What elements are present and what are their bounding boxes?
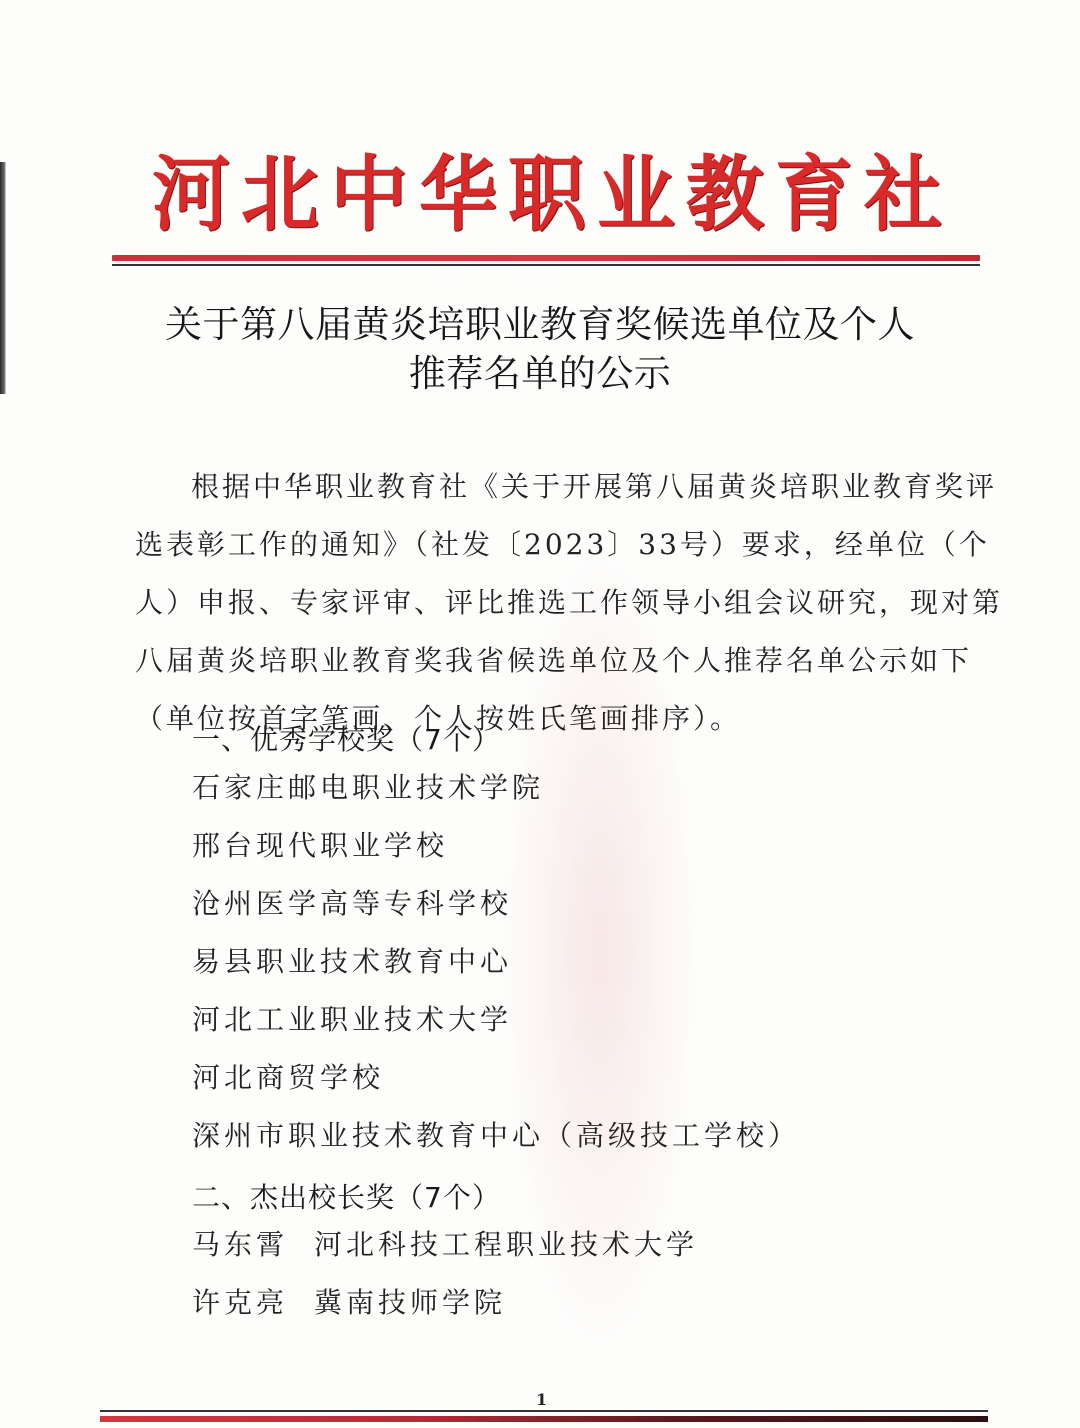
- list-item: 河北工业职业技术大学: [192, 991, 800, 1049]
- intro-paragraph: 根据中华职业教育社《关于开展第八届黄炎培职业教育奖评 选表彰工作的通知》（社发〔…: [135, 458, 950, 748]
- letterhead-red-rule: [112, 255, 980, 261]
- person-school: 河北科技工程职业技术大学: [314, 1228, 698, 1261]
- letterhead-char: 中: [330, 154, 408, 236]
- list-item: 石家庄邮电职业技术学院: [192, 759, 800, 817]
- section-heading-principal-award: 二、杰出校长奖（7个）: [192, 1176, 501, 1216]
- letterhead-org-name: 河 北 中 华 职 业 教 育 社: [112, 140, 980, 250]
- letterhead-black-rule: [112, 264, 980, 266]
- list-item: 河北商贸学校: [192, 1049, 800, 1107]
- letterhead-char: 北: [241, 154, 319, 236]
- letterhead-char: 育: [775, 154, 853, 236]
- letterhead-char: 职: [508, 154, 586, 236]
- person-name: 许克亮: [192, 1274, 314, 1332]
- document-title: 关于第八届黄炎培职业教育奖候选单位及个人 推荐名单的公示: [120, 300, 960, 398]
- letterhead-char: 业: [597, 154, 675, 236]
- letterhead-char: 教: [686, 154, 764, 236]
- list-item: 沧州医学高等专科学校: [192, 875, 800, 933]
- paragraph-line: 人）申报、专家评审、评比推选工作领导小组会议研究，现对第: [135, 574, 950, 632]
- person-school: 冀南技师学院: [314, 1286, 506, 1319]
- letterhead-char: 社: [864, 154, 942, 236]
- footer-black-rule: [100, 1410, 988, 1412]
- letterhead-char: 华: [419, 154, 497, 236]
- paragraph-line: 八届黄炎培职业教育奖我省候选单位及个人推荐名单公示如下: [135, 632, 950, 690]
- list-item: 易县职业技术教育中心: [192, 933, 800, 991]
- scan-edge-shadow: [0, 162, 6, 394]
- person-name: 马东霄: [192, 1216, 314, 1274]
- footer-red-rule: [100, 1416, 988, 1422]
- excellent-school-list: 石家庄邮电职业技术学院 邢台现代职业学校 沧州医学高等专科学校 易县职业技术教育…: [192, 759, 800, 1165]
- list-item: 深州市职业技术教育中心（高级技工学校）: [192, 1107, 800, 1165]
- section-heading-excellent-school: 一、优秀学校奖（7个）: [192, 718, 501, 758]
- paragraph-line: 选表彰工作的通知》（社发〔2023〕33号）要求，经单位（个: [135, 516, 950, 574]
- principal-award-list: 马东霄河北科技工程职业技术大学 许克亮冀南技师学院: [192, 1216, 698, 1332]
- letterhead-char: 河: [152, 154, 230, 236]
- title-line-1: 关于第八届黄炎培职业教育奖候选单位及个人: [120, 300, 960, 349]
- page-number: 1: [536, 1390, 547, 1409]
- list-item: 邢台现代职业学校: [192, 817, 800, 875]
- list-item: 许克亮冀南技师学院: [192, 1274, 698, 1332]
- list-item: 马东霄河北科技工程职业技术大学: [192, 1216, 698, 1274]
- paragraph-line: 根据中华职业教育社《关于开展第八届黄炎培职业教育奖评: [135, 458, 950, 516]
- title-line-2: 推荐名单的公示: [120, 349, 960, 398]
